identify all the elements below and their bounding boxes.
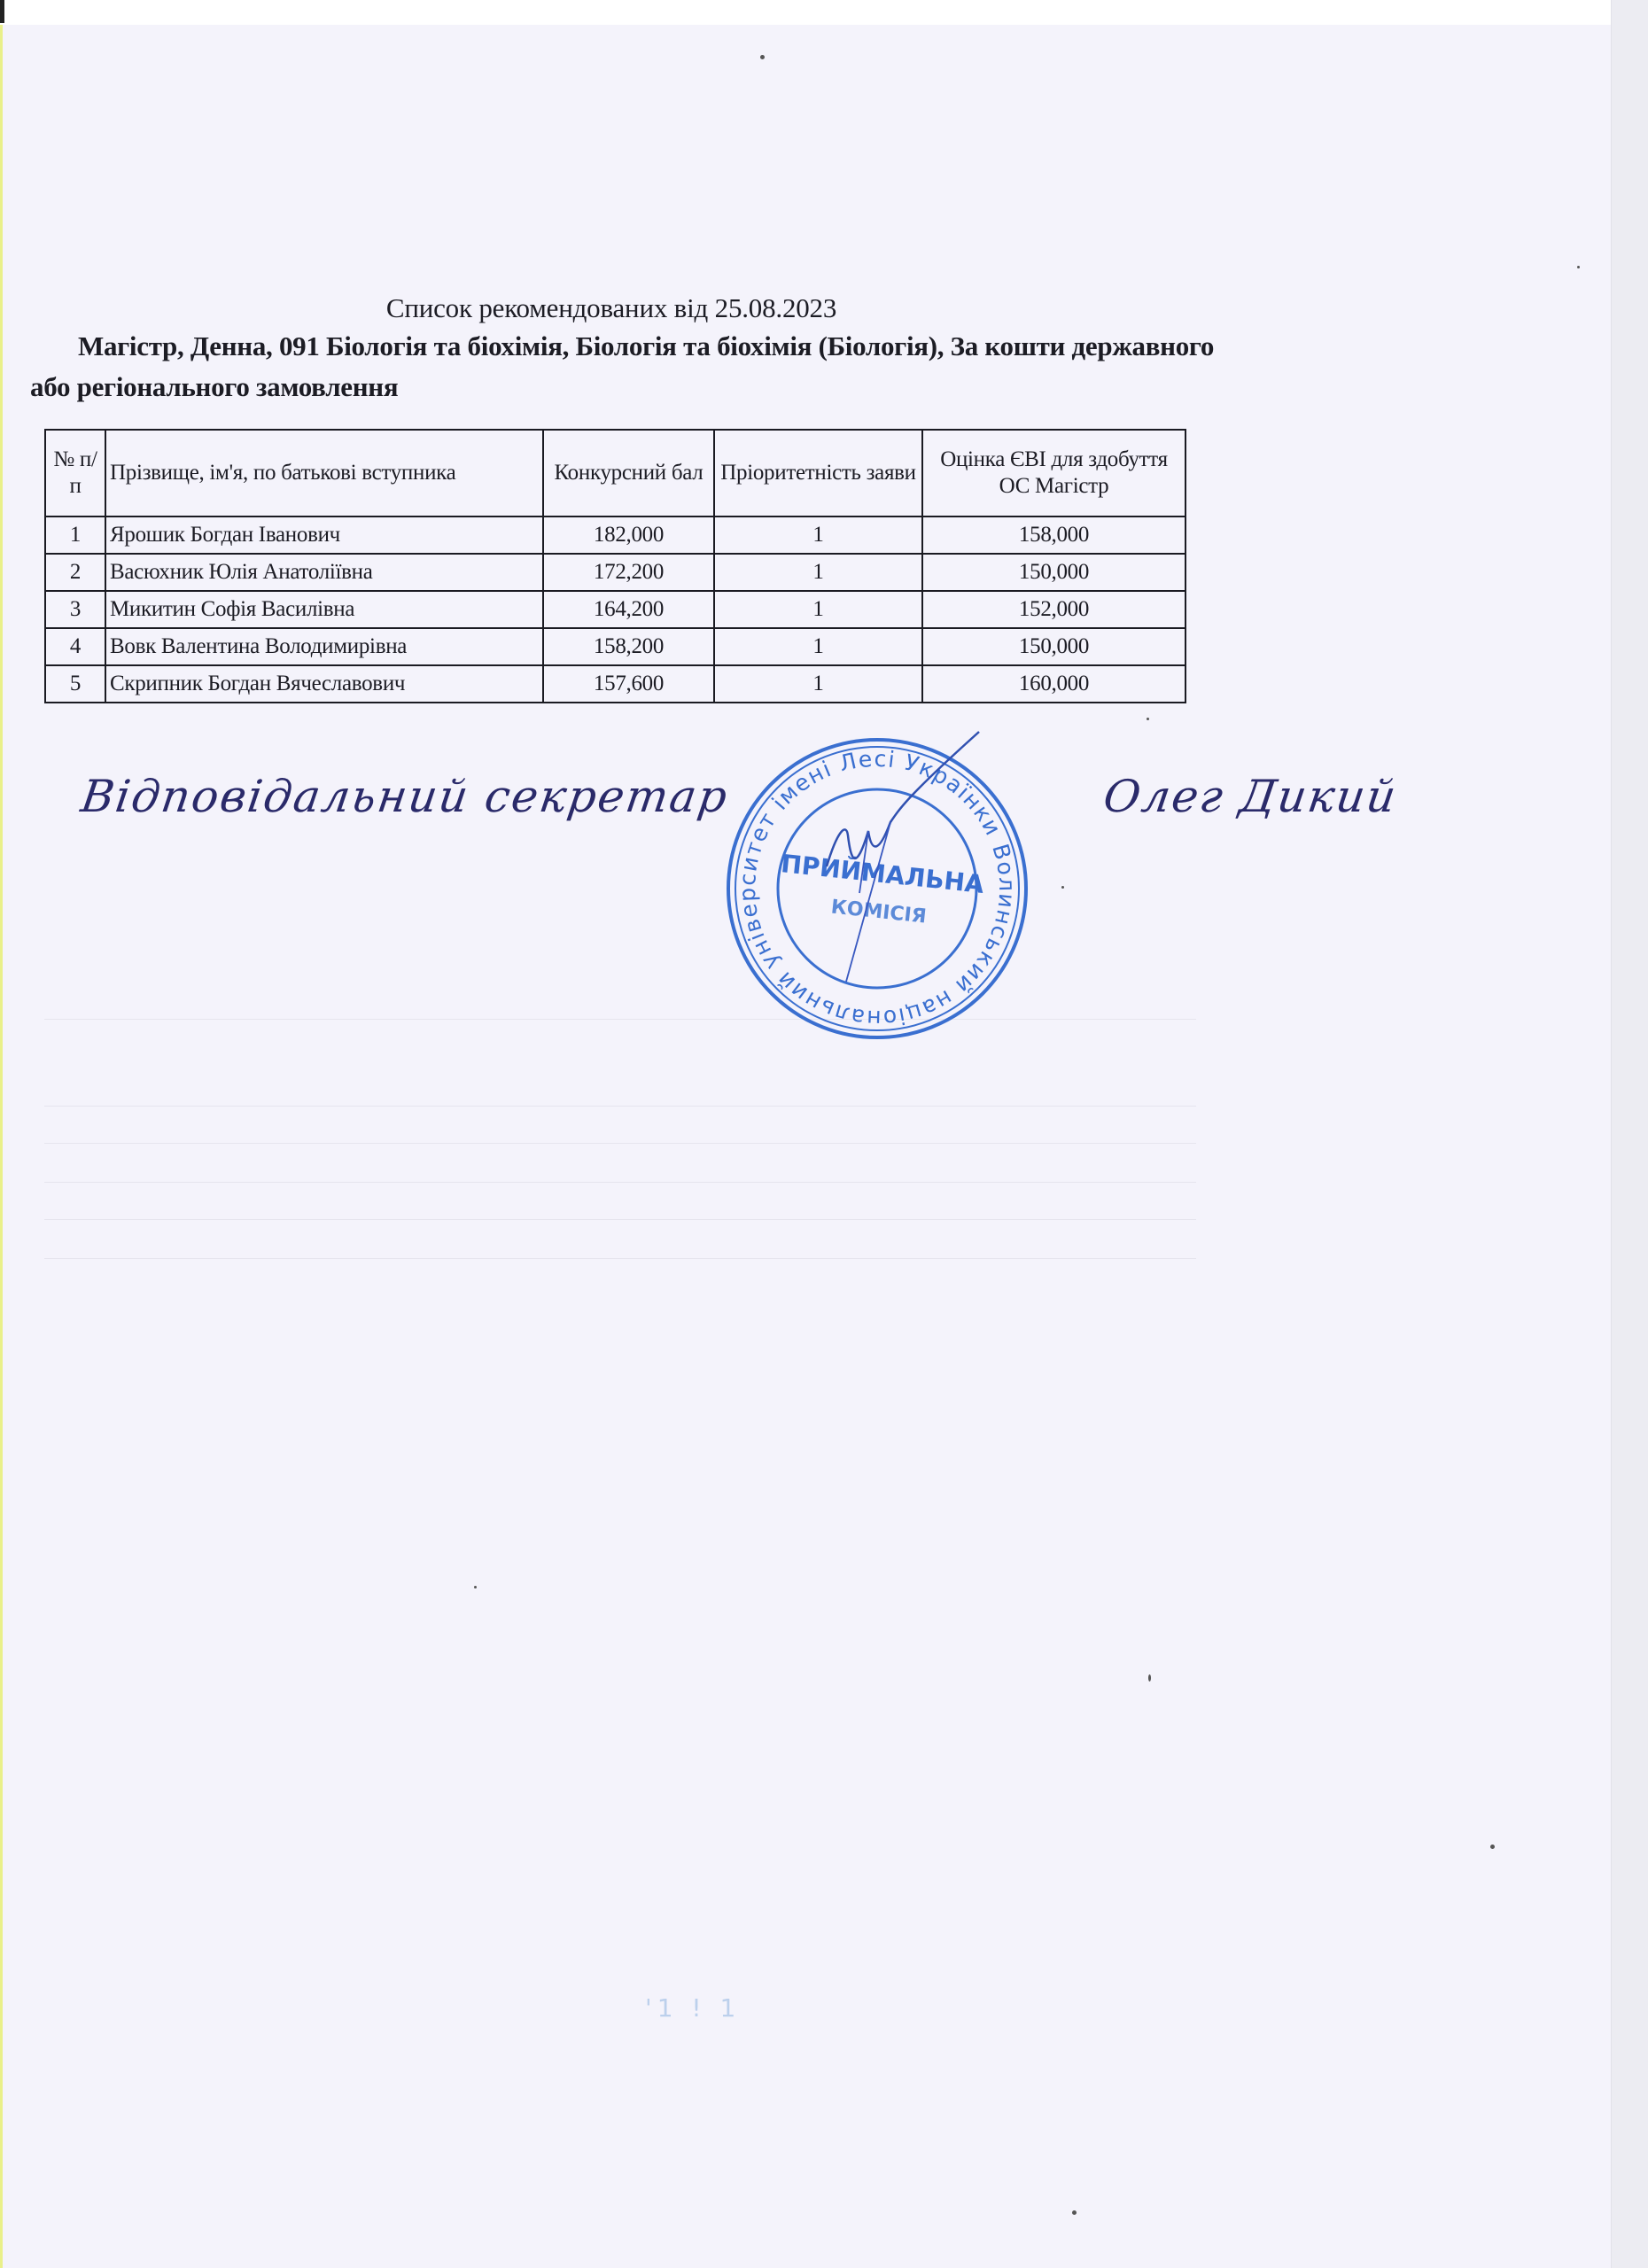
- header-priority: Пріоритетність заяви: [714, 430, 922, 517]
- scan-speck: [1148, 1674, 1151, 1682]
- table-row: 3 Микитин Софія Василівна 164,200 1 152,…: [45, 591, 1185, 628]
- cell-evi: 150,000: [922, 628, 1185, 665]
- cell-evi: 160,000: [922, 665, 1185, 703]
- header-name: Прізвище, ім'я, по батькові вступника: [105, 430, 543, 517]
- header-number: № п/п: [45, 430, 105, 517]
- header-score: Конкурсний бал: [543, 430, 714, 517]
- header-evi: Оцінка ЄВІ для здобуття ОС Магістр: [922, 430, 1185, 517]
- cell-name: Васюхник Юлія Анатоліївна: [105, 554, 543, 591]
- cell-number: 5: [45, 665, 105, 703]
- cell-priority: 1: [714, 591, 922, 628]
- cell-priority: 1: [714, 628, 922, 665]
- scan-speck: [474, 1586, 477, 1588]
- cell-number: 4: [45, 628, 105, 665]
- scan-speck: [760, 55, 765, 59]
- cell-score: 182,000: [543, 517, 714, 554]
- cell-number: 2: [45, 554, 105, 591]
- cell-name: Скрипник Богдан Вячеславович: [105, 665, 543, 703]
- stamp-center-line2: КОМІСІЯ: [830, 896, 928, 928]
- table-row: 1 Ярошик Богдан Іванович 182,000 1 158,0…: [45, 517, 1185, 554]
- cell-evi: 150,000: [922, 554, 1185, 591]
- scan-right-margin: [1611, 0, 1648, 2268]
- scan-speck: [1490, 1845, 1495, 1849]
- cell-priority: 1: [714, 665, 922, 703]
- stamp-outer-text: Волинський національний університет імен…: [713, 725, 1041, 1052]
- cell-number: 1: [45, 517, 105, 554]
- cell-name: Ярошик Богдан Іванович: [105, 517, 543, 554]
- cell-priority: 1: [714, 554, 922, 591]
- document-title: Список рекомендованих від 25.08.2023: [0, 292, 1223, 324]
- admission-committee-stamp: Волинський національний університет імен…: [713, 725, 1041, 1052]
- table-row: 4 Вовк Валентина Володимирівна 158,200 1…: [45, 628, 1185, 665]
- handwritten-role: Відповідальний секретар: [78, 771, 732, 822]
- cell-priority: 1: [714, 517, 922, 554]
- show-through-line: [44, 1258, 1196, 1259]
- scan-speck: [1577, 266, 1580, 268]
- show-through-line: [44, 1106, 1196, 1107]
- svg-text:Волинський національний універ: Волинський національний університет імен…: [713, 725, 1041, 1052]
- table-row: 2 Васюхник Юлія Анатоліївна 172,200 1 15…: [45, 554, 1185, 591]
- faint-show-through-mark: '1 ! 1: [645, 1993, 741, 2023]
- cell-evi: 152,000: [922, 591, 1185, 628]
- show-through-line: [44, 1182, 1196, 1183]
- show-through-line: [44, 1143, 1196, 1144]
- cell-score: 164,200: [543, 591, 714, 628]
- show-through-line: [44, 1219, 1196, 1220]
- scan-speck: [1147, 718, 1149, 720]
- handwritten-name: Олег Дикий: [1100, 771, 1401, 822]
- cell-number: 3: [45, 591, 105, 628]
- cell-name: Вовк Валентина Володимирівна: [105, 628, 543, 665]
- scan-speck: [1072, 2210, 1077, 2215]
- cell-evi: 158,000: [922, 517, 1185, 554]
- table-row: 5 Скрипник Богдан Вячеславович 157,600 1…: [45, 665, 1185, 703]
- cell-score: 172,200: [543, 554, 714, 591]
- scan-top-margin: [0, 0, 1648, 25]
- stamp-center-line1: ПРИЙМАЛЬНА: [780, 848, 986, 899]
- document-subtitle: Магістр, Денна, 091 Біологія та біохімія…: [30, 326, 1217, 408]
- recommended-list-table: № п/п Прізвище, ім'я, по батькові вступн…: [44, 429, 1186, 703]
- cell-name: Микитин Софія Василівна: [105, 591, 543, 628]
- table-header-row: № п/п Прізвище, ім'я, по батькові вступн…: [45, 430, 1185, 517]
- cell-score: 158,200: [543, 628, 714, 665]
- scan-corner-mark: [0, 0, 4, 23]
- cell-score: 157,600: [543, 665, 714, 703]
- scan-speck: [1061, 886, 1064, 889]
